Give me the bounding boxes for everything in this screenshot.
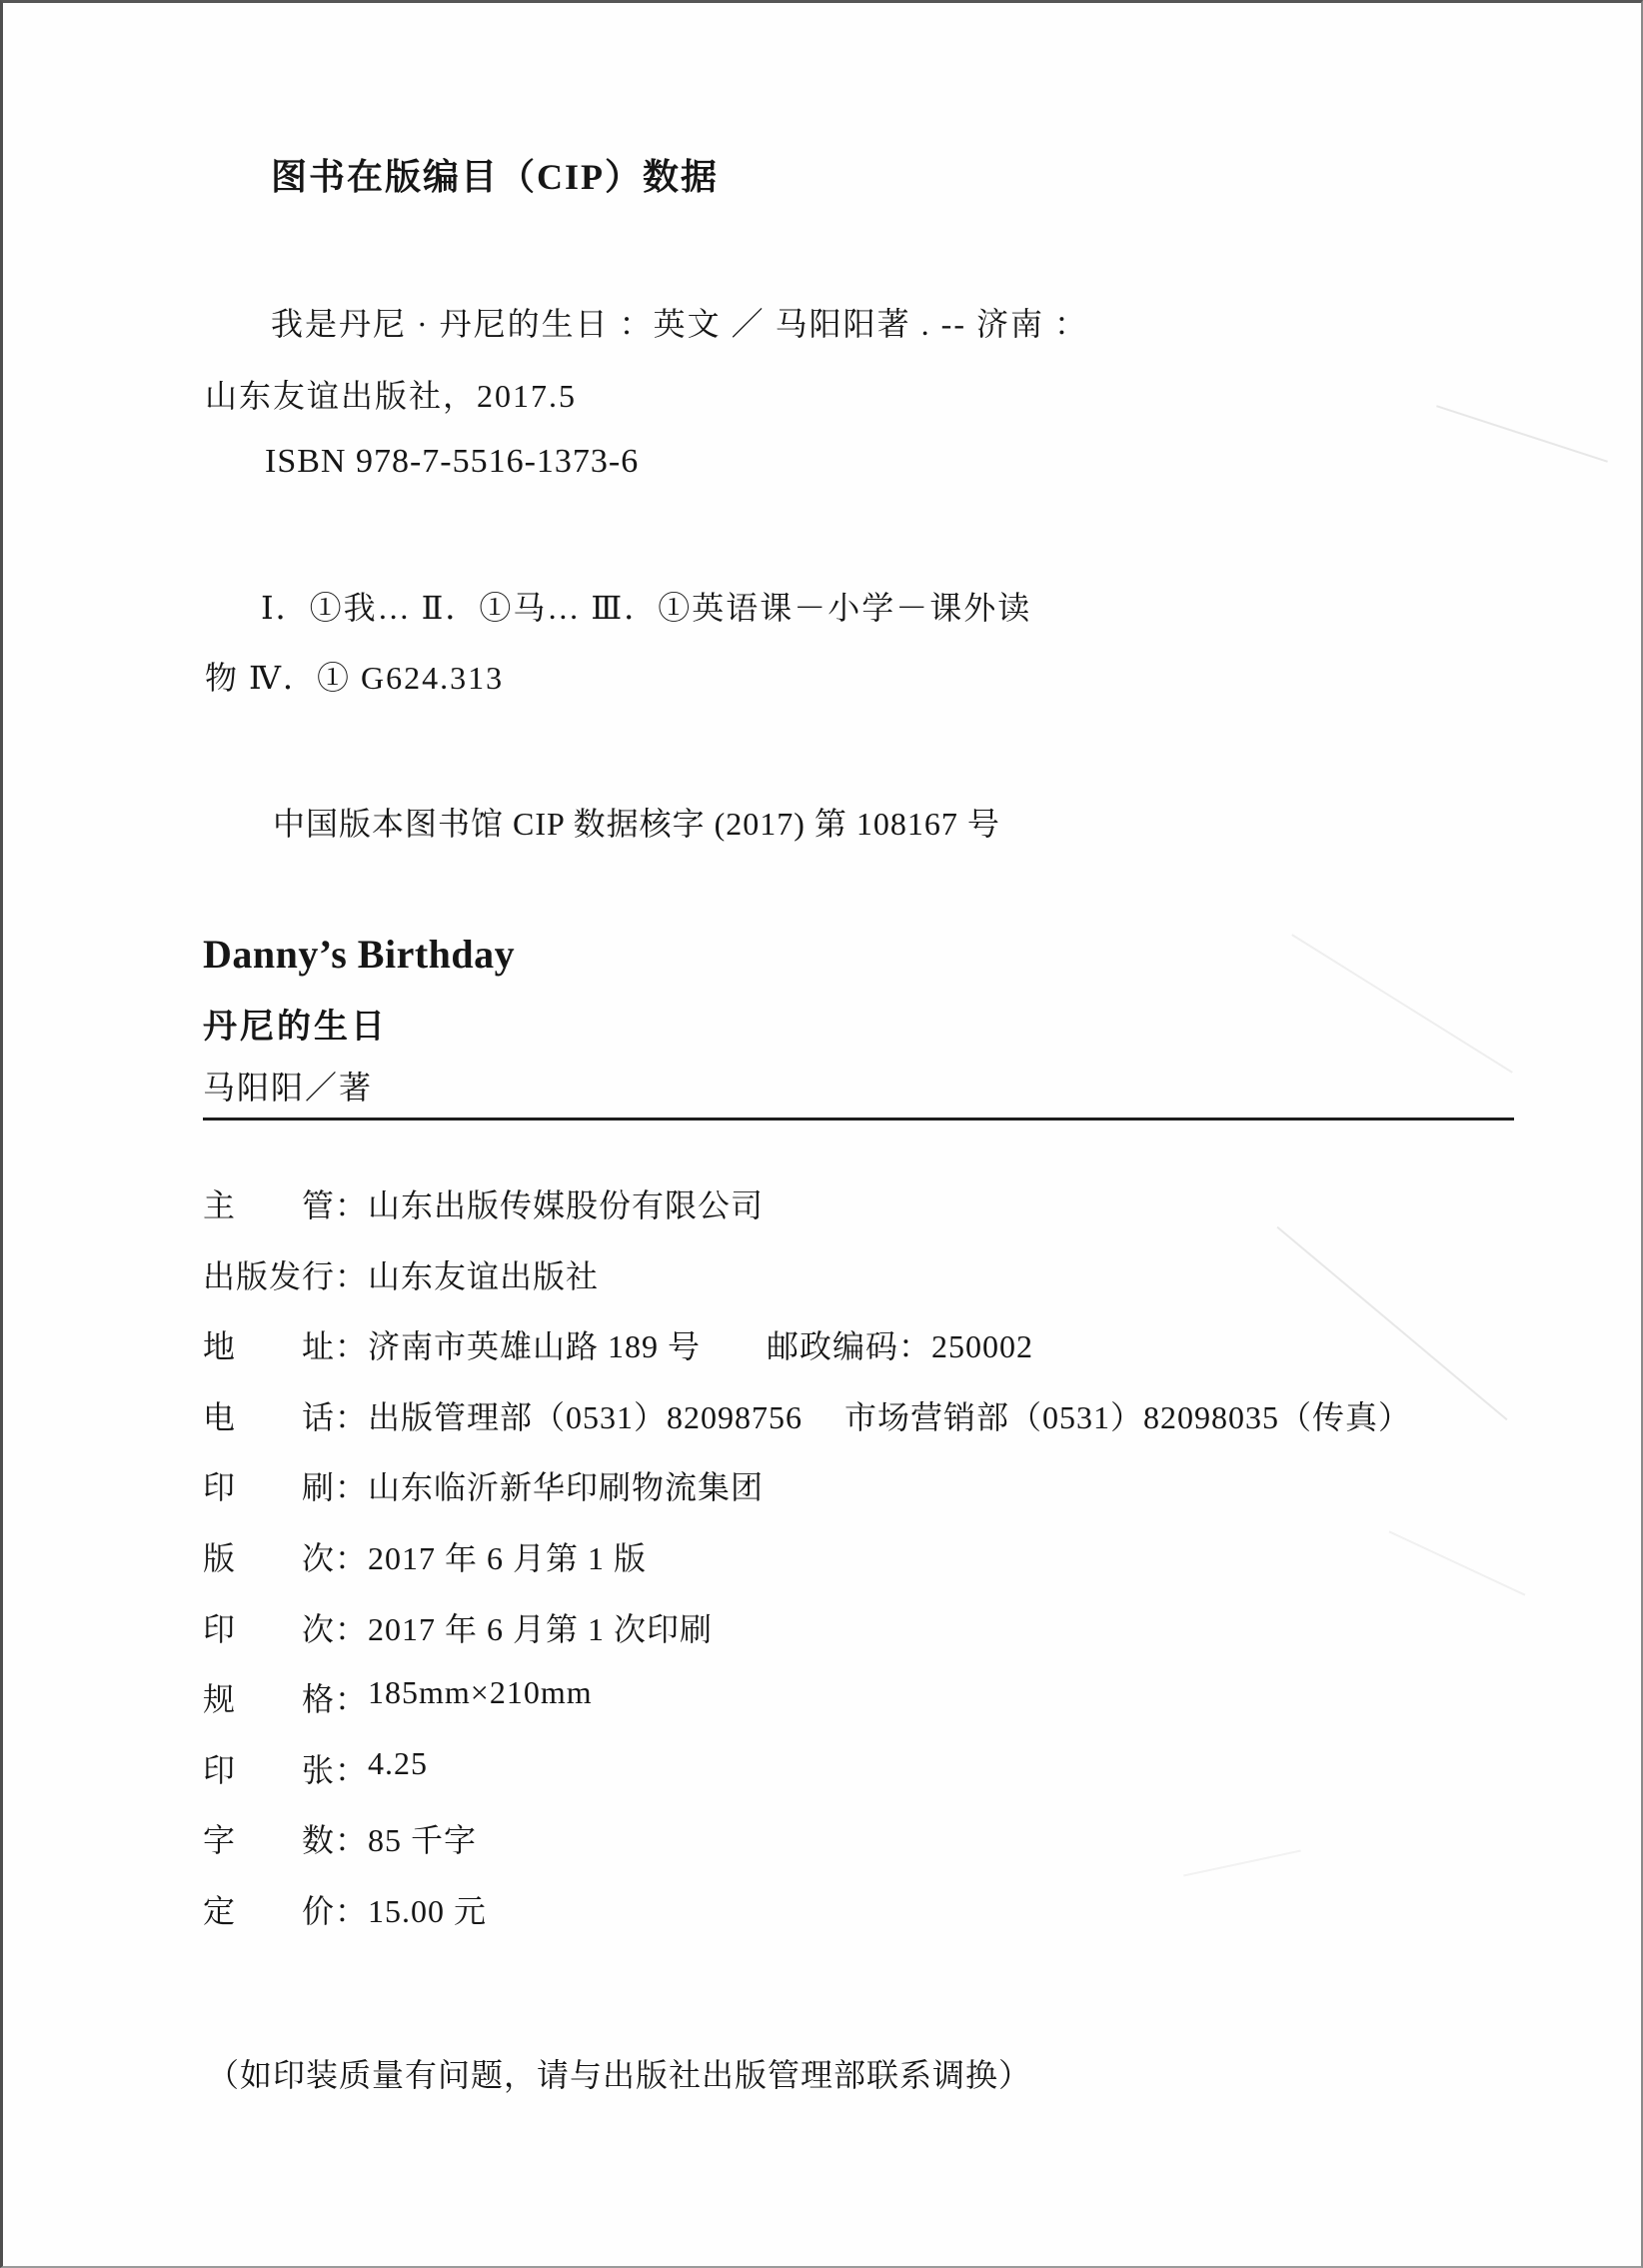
info-label: 印 次： [203, 1604, 368, 1650]
author-line: 马阳阳／著 [203, 1063, 373, 1109]
info-row-supervisor: 主 管： 山东出版传媒股份有限公司 [203, 1180, 1522, 1251]
quality-note: （如印装质量有问题，请与出版社出版管理部联系调换） [207, 2050, 1031, 2096]
cip-entry-line2: 山东友谊出版社，2017.5 [205, 371, 577, 417]
info-value: 15.00 元 [368, 1886, 487, 1932]
isbn: ISBN 978-7-5516-1373-6 [265, 443, 639, 481]
info-label: 电 话： [203, 1392, 368, 1438]
info-row-telephone: 电 话： 出版管理部（0531）82098756 市场营销部（0531）8209… [203, 1392, 1522, 1463]
info-row-format: 规 格： 185mm×210mm [203, 1674, 1522, 1745]
info-value: 山东出版传媒股份有限公司 [368, 1180, 764, 1226]
horizontal-rule [203, 1118, 1514, 1121]
publication-info-list: 主 管： 山东出版传媒股份有限公司 出版发行： 山东友谊出版社 地 址： 济南市… [203, 1180, 1522, 1957]
cip-header: 图书在版编目（CIP）数据 [271, 149, 719, 200]
info-row-edition: 版 次： 2017 年 6 月第 1 版 [203, 1533, 1522, 1604]
info-label: 规 格： [203, 1674, 368, 1720]
info-value: 山东友谊出版社 [368, 1251, 599, 1297]
info-label: 印 刷： [203, 1462, 368, 1508]
info-row-publisher: 出版发行： 山东友谊出版社 [203, 1251, 1522, 1322]
cip-entry-line1: 我是丹尼 · 丹尼的生日 ：英文 ／ 马阳阳著 . -- 济南 ： [271, 299, 1088, 345]
copyright-page: 图书在版编目（CIP）数据 我是丹尼 · 丹尼的生日 ：英文 ／ 马阳阳著 . … [0, 0, 1643, 2268]
cip-record-number: 中国版本图书馆 CIP 数据核字 (2017) 第 108167 号 [273, 799, 1000, 845]
info-row-impression: 印 次： 2017 年 6 月第 1 次印刷 [203, 1604, 1522, 1675]
info-label: 定 价： [203, 1886, 368, 1932]
info-row-address: 地 址： 济南市英雄山路 189 号 邮政编码：250002 [203, 1321, 1522, 1392]
info-row-word-count: 字 数： 85 千字 [203, 1815, 1522, 1886]
info-row-sheets: 印 张： 4.25 [203, 1745, 1522, 1816]
scan-artifact [1291, 934, 1513, 1073]
info-label: 版 次： [203, 1533, 368, 1579]
info-value: 出版管理部（0531）82098756 市场营销部（0531）82098035（… [368, 1392, 1411, 1438]
info-row-printer: 印 刷： 山东临沂新华印刷物流集团 [203, 1462, 1522, 1533]
info-label: 主 管： [203, 1180, 368, 1226]
info-value: 85 千字 [368, 1815, 477, 1861]
classification-line2: 物 Ⅳ．① G624.313 [205, 653, 504, 699]
info-label: 印 张： [203, 1745, 368, 1791]
info-value: 4.25 [368, 1745, 428, 1782]
info-value: 济南市英雄山路 189 号 邮政编码：250002 [368, 1321, 1033, 1367]
info-value: 山东临沂新华印刷物流集团 [368, 1462, 764, 1508]
book-title-chinese: 丹尼的生日 [203, 999, 388, 1048]
info-value: 185mm×210mm [368, 1674, 593, 1711]
classification-line1: Ⅰ．①我… Ⅱ．①马… Ⅲ．①英语课－小学－课外读 [261, 583, 1031, 629]
info-row-price: 定 价： 15.00 元 [203, 1886, 1522, 1957]
info-value: 2017 年 6 月第 1 版 [368, 1533, 647, 1579]
info-label: 出版发行： [203, 1251, 368, 1297]
info-label: 地 址： [203, 1321, 368, 1367]
info-label: 字 数： [203, 1815, 368, 1861]
scan-artifact [1436, 405, 1608, 463]
info-value: 2017 年 6 月第 1 次印刷 [368, 1604, 713, 1650]
book-title-english: Danny’s Birthday [203, 931, 515, 978]
